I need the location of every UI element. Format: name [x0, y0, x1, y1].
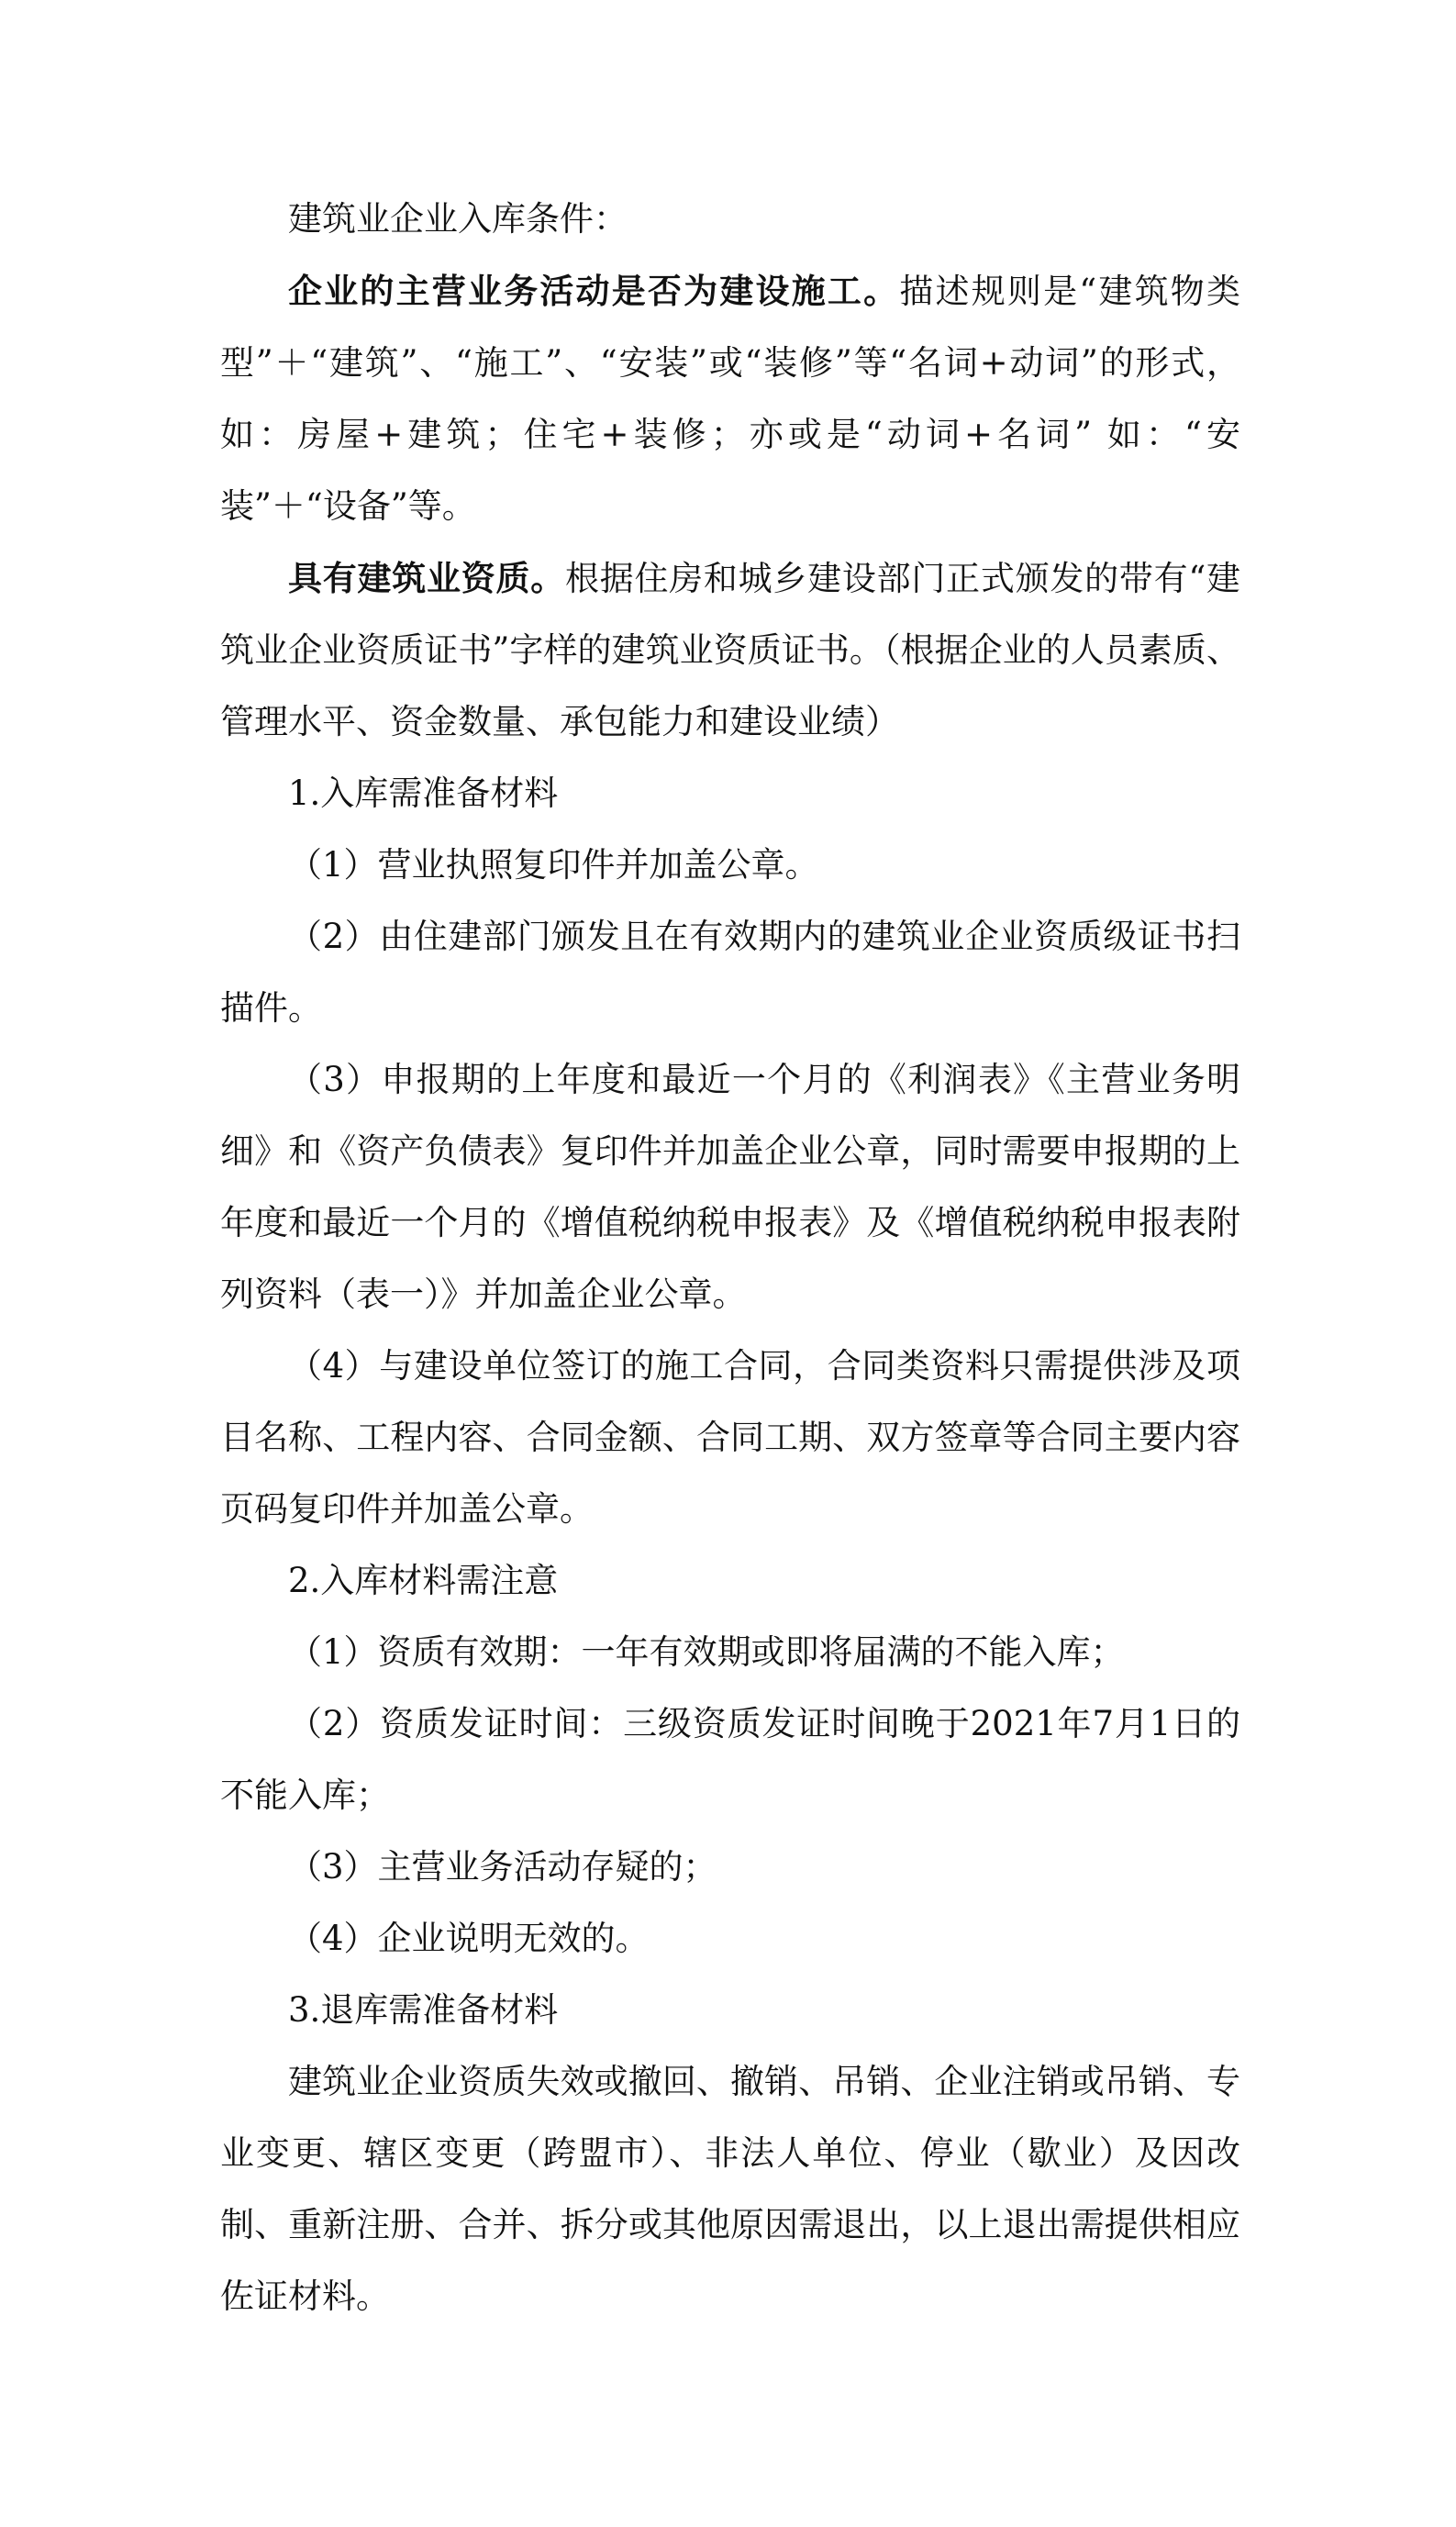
list-item: （4）企业说明无效的。 — [220, 1903, 1240, 1975]
list-item: 建筑业企业资质失效或撤回、撤销、吊销、企业注销或吊销、专业变更、辖区变更（跨盟市… — [220, 2046, 1240, 2332]
list-item: （3）申报期的上年度和最近一个月的《利润表》《主营业务明细》和《资产负债表》复印… — [220, 1044, 1240, 1330]
criterion-main-business: 企业的主营业务活动是否为建设施工。描述规则是“建筑物类型”＋“建筑”、“施工”、… — [220, 255, 1240, 542]
section-heading-entry-notes: 2.入库材料需注意 — [220, 1545, 1240, 1617]
list-item: （1）营业执照复印件并加盖公章。 — [220, 829, 1240, 901]
list-item: （4）与建设单位签订的施工合同，合同类资料只需提供涉及项目名称、工程内容、合同金… — [220, 1330, 1240, 1545]
section-heading-exit-materials: 3.退库需准备材料 — [220, 1975, 1240, 2046]
section-heading-entry-materials: 1.入库需准备材料 — [220, 758, 1240, 829]
criterion-lead: 企业的主营业务活动是否为建设施工。 — [288, 271, 899, 311]
criterion-lead: 具有建筑业资质。 — [288, 558, 565, 598]
document-page: 建筑业企业入库条件： 企业的主营业务活动是否为建设施工。描述规则是“建筑物类型”… — [220, 184, 1240, 2332]
criterion-qualification: 具有建筑业资质。根据住房和城乡建设部门正式颁发的带有“建筑业企业资质证书”字样的… — [220, 542, 1240, 758]
intro-line: 建筑业企业入库条件： — [220, 184, 1240, 255]
list-item: （3）主营业务活动存疑的； — [220, 1831, 1240, 1903]
list-item: （1）资质有效期：一年有效期或即将届满的不能入库； — [220, 1617, 1240, 1688]
list-item: （2）由住建部门颁发且在有效期内的建筑业企业资质级证书扫描件。 — [220, 901, 1240, 1044]
list-item: （2）资质发证时间：三级资质发证时间晚于2021年7月1日的不能入库； — [220, 1688, 1240, 1831]
